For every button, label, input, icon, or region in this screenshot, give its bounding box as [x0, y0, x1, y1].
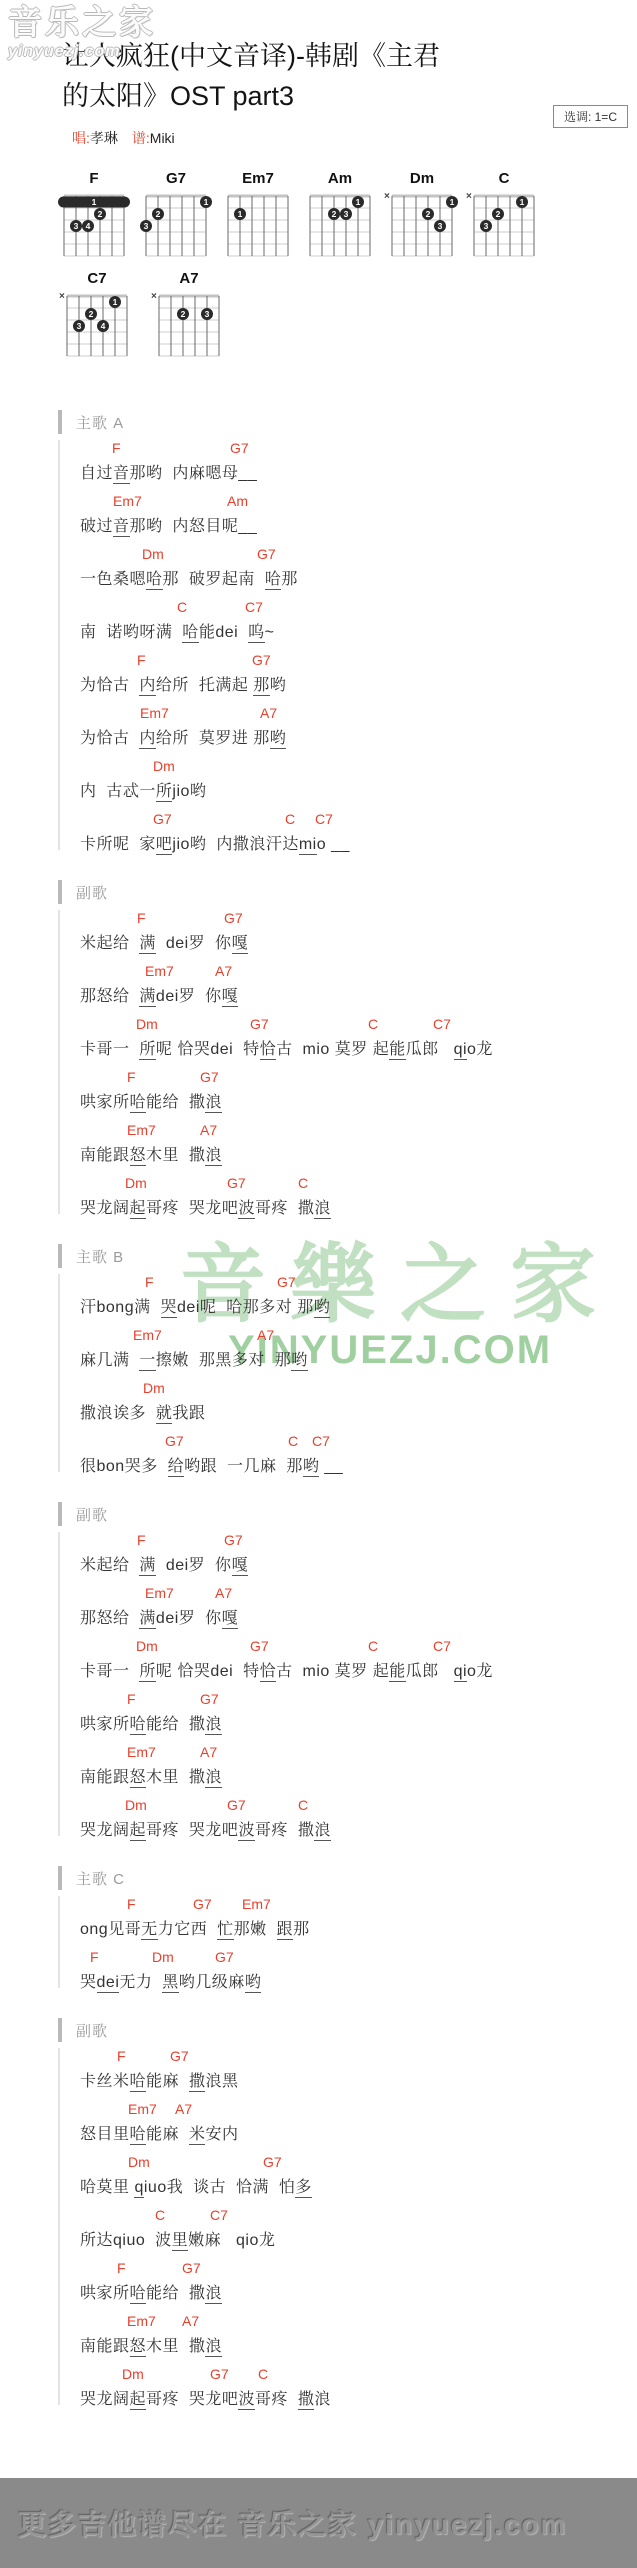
underlined-syllable: 哟 [303, 1458, 320, 1477]
chord-row: DmG7C [80, 1175, 637, 1191]
underlined-syllable: 里 [172, 2232, 189, 2251]
chord-label: C [155, 2207, 165, 2223]
chord-row: FG7 [80, 2260, 637, 2276]
chord-row: Dm [80, 1380, 637, 1396]
chord-label: F [137, 910, 146, 926]
underlined-syllable: 哈 [130, 1094, 147, 1113]
chord-grid: ×123 [384, 187, 462, 261]
site-logo-cn: 音乐之家 [8, 6, 156, 40]
chord-label: F [117, 2260, 126, 2276]
lyric-chord-pair: DmG7一色桑嗯哈那 破罗起南 哈那 [80, 546, 637, 585]
chord-label: G7 [252, 652, 271, 668]
section-body: FG7自过音那哟 内麻嗯母__Em7Am破过音那哟 内怒目呢__DmG7一色桑嗯… [58, 440, 637, 850]
chord-row: CC7 [80, 599, 637, 615]
chord-row: Em7A7 [80, 1327, 637, 1343]
chord-label: G7 [277, 1274, 296, 1290]
svg-text:2: 2 [156, 209, 161, 219]
chord-diagram-name: Am [302, 170, 378, 187]
underlined-syllable: 波 [238, 1200, 255, 1219]
chord-row: FG7 [80, 1691, 637, 1707]
chord-grid: 123 [302, 187, 380, 261]
chord-label: F [137, 1532, 146, 1548]
lyric-line: 怒目里哈能麻 米安内 [80, 2121, 637, 2140]
section-bar [58, 880, 62, 904]
chord-grid: ×1234 [59, 287, 137, 361]
svg-text:3: 3 [74, 221, 79, 231]
underlined-syllable: 哈 [146, 571, 163, 590]
lyric-chord-pair: FG7自过音那哟 内麻嗯母__ [80, 440, 637, 479]
underlined-syllable: 跟 [277, 1921, 294, 1940]
chord-label: Em7 [128, 2101, 157, 2117]
lyric-chord-pair: FG7为恰古 内给所 托满起 那哟 [80, 652, 637, 691]
chord-diagram-name: Em7 [220, 170, 296, 187]
scorer-name: Miki [150, 130, 175, 146]
underlined-syllable: 米 [189, 2126, 206, 2145]
underlined-syllable: 忙 [217, 1921, 234, 1940]
underlined-syllable: q [134, 2179, 143, 2198]
section-4: 副歌FG7米起给 满 dei罗 你嘎Em7A7那怒给 满dei罗 你嘎DmG7C… [58, 1502, 637, 1836]
chord-row: DmG7 [80, 2154, 637, 2170]
section-5: 主歌 CFG7Em7ong见哥无力它西 忙那嫩 跟那FDmG7哭dei无力 黑哟… [58, 1866, 637, 1988]
section-body: FG7卡丝米哈能麻 撒浪黑Em7A7怒目里哈能麻 米安内DmG7哈莫里 qiuo… [58, 2048, 637, 2405]
chord-label: F [145, 1274, 154, 1290]
underlined-syllable: 嘎 [222, 988, 239, 1007]
chord-label: G7 [230, 440, 249, 456]
chord-label: G7 [263, 2154, 282, 2170]
chord-label: G7 [257, 546, 276, 562]
underlined-syllable: mi [299, 836, 317, 855]
section-body: FG7汗bong满 哭dei呢 哈那多对 那哟Em7A7麻几满 一擦嫩 那黑多对… [58, 1274, 637, 1472]
chord-label: C [298, 1175, 308, 1191]
chord-grid: 1234 [56, 187, 134, 261]
chord-label: C7 [433, 1638, 451, 1654]
underlined-syllable: 哈 [130, 2126, 147, 2145]
underlined-syllable: 嘎 [222, 1610, 239, 1629]
underlined-syllable: 哈 [130, 1716, 147, 1735]
svg-text:1: 1 [92, 197, 97, 207]
chord-diagram-name: Dm [384, 170, 460, 187]
lyric-line: 哭龙阔起哥疼 哭龙吧波哥疼 撒浪 [80, 2386, 637, 2405]
chord-label: F [127, 1691, 136, 1707]
chord-label: C7 [245, 599, 263, 615]
lyric-line: 内 古忒一所jio哟 [80, 778, 637, 797]
lyric-chord-pair: Em7A7那怒给 满dei罗 你嘎 [80, 1585, 637, 1624]
lyric-line: 南能跟怒木里 撒浪 [80, 1764, 637, 1783]
lyric-line: 撒浪诶多 就我跟 [80, 1400, 637, 1419]
chord-row: Em7A7 [80, 1122, 637, 1138]
chord-label: Em7 [145, 963, 174, 979]
underlined-syllable: 撒 [189, 2073, 206, 2092]
chord-diagram-name: G7 [138, 170, 214, 187]
lyric-line: 那怒给 满dei罗 你嘎 [80, 983, 637, 1002]
underlined-syllable: qi [454, 1663, 467, 1682]
chord-diagram-C7: C7×1234 [59, 270, 135, 366]
underlined-syllable: 波 [238, 2391, 255, 2410]
section-bar [58, 2018, 62, 2042]
lyric-chord-pair: Em7A7麻几满 一擦嫩 那黑多对 那哟 [80, 1327, 637, 1366]
svg-text:3: 3 [484, 221, 489, 231]
underlined-syllable: 音 [113, 518, 130, 537]
lyric-line: 卡丝米哈能麻 撒浪黑 [80, 2068, 637, 2087]
chord-diagram-name: C [466, 170, 542, 187]
chord-label: F [127, 1069, 136, 1085]
svg-text:1: 1 [238, 209, 243, 219]
underlined-syllable: 音 [113, 465, 130, 484]
chord-label: G7 [224, 910, 243, 926]
chord-row: Em7A7 [80, 705, 637, 721]
svg-text:2: 2 [332, 209, 337, 219]
svg-text:4: 4 [86, 221, 91, 231]
chord-label: G7 [227, 1175, 246, 1191]
lyric-chord-pair: DmG7C哭龙阔起哥疼 哭龙吧波哥疼 撒浪 [80, 1175, 637, 1214]
underlined-syllable: 恰 [260, 1663, 277, 1682]
chord-label: F [137, 652, 146, 668]
svg-text:1: 1 [356, 197, 361, 207]
chord-label: Em7 [145, 1585, 174, 1601]
chord-label: Am [227, 493, 248, 509]
sections: 主歌 AFG7自过音那哟 内麻嗯母__Em7Am破过音那哟 内怒目呢__DmG7… [58, 410, 637, 2405]
lyric-line: 哭龙阔起哥疼 哭龙吧波哥疼 撒浪 [80, 1817, 637, 1836]
lyric-chord-pair: Dm内 古忒一所jio哟 [80, 758, 637, 797]
lyric-line: 哭龙阔起哥疼 哭龙吧波哥疼 撒浪 [80, 1195, 637, 1214]
underlined-syllable: 怒 [130, 2338, 147, 2357]
underlined-syllable: 一 [139, 1352, 156, 1371]
underlined-syllable: 给 [168, 1458, 185, 1477]
chord-label: C [298, 1797, 308, 1813]
underlined-syllable: qi [454, 1041, 467, 1060]
chord-label: G7 [250, 1016, 269, 1032]
underlined-syllable: 浪 [205, 1147, 222, 1166]
section-heading: 副歌 [58, 1502, 637, 1526]
chord-label: Dm [125, 1797, 147, 1813]
sing-label: 唱: [72, 130, 90, 146]
underlined-syllable: 嘎 [232, 935, 249, 954]
lyric-chord-pair: DmG7C哭龙阔起哥疼 哭龙吧波哥疼 撒浪 [80, 2366, 637, 2405]
underlined-syllable: 哭 [161, 1299, 178, 1318]
underlined-syllable: 哟 [291, 1352, 308, 1371]
svg-text:2: 2 [426, 209, 431, 219]
lyric-line: 麻几满 一擦嫩 那黑多对 那哟 [80, 1347, 637, 1366]
chord-label: Dm [153, 758, 175, 774]
lyric-chord-pair: DmG7CC7卡哥一 所呢 恰哭dei 特恰古 mio 莫罗 起能瓜郎 qio龙 [80, 1016, 637, 1055]
section-title: 副歌 [76, 882, 108, 903]
svg-text:3: 3 [77, 321, 82, 331]
section-heading: 副歌 [58, 2018, 637, 2042]
chord-label: C [368, 1016, 378, 1032]
chord-row: FG7 [80, 1532, 637, 1548]
underlined-syllable: 起 [130, 1822, 147, 1841]
chord-row: FG7 [80, 1274, 637, 1290]
svg-text:3: 3 [144, 221, 149, 231]
chord-label: Dm [152, 1949, 174, 1965]
underlined-syllable: 多 [295, 2179, 312, 2198]
chord-row: CC7 [80, 2207, 637, 2223]
chord-row: FG7Em7 [80, 1896, 637, 1912]
lyric-line: 很bon哭多 给哟跟 一几麻 那哟 __ [80, 1453, 637, 1472]
lyric-chord-pair: Em7A7那怒给 满dei罗 你嘎 [80, 963, 637, 1002]
section-bar [58, 1866, 62, 1890]
chord-label: F [117, 2048, 126, 2064]
underlined-syllable: 满 [139, 988, 156, 1007]
chord-label: C [285, 811, 295, 827]
section-bar [58, 1244, 62, 1268]
lyric-chord-pair: CC7南 诺哟呀满 哈能dei 呜~ [80, 599, 637, 638]
chord-grid: ×23 [151, 287, 229, 361]
underlined-syllable: 恰 [260, 1041, 277, 1060]
chord-row: Em7A7 [80, 1744, 637, 1760]
chord-label: A7 [215, 1585, 232, 1601]
chord-label: F [127, 1896, 136, 1912]
chord-label: G7 [182, 2260, 201, 2276]
chord-diagrams-row1: F1234G7123Em71Am123Dm×123C×123 [56, 170, 637, 266]
chord-row: DmG7C [80, 1797, 637, 1813]
chord-row: DmG7CC7 [80, 1016, 637, 1032]
chord-label: G7 [227, 1797, 246, 1813]
chord-label: G7 [200, 1069, 219, 1085]
singer-name: 孝琳 [90, 130, 118, 146]
chord-diagrams-row2: C7×1234A7×23 [59, 270, 637, 366]
chord-diagram-Am: Am123 [302, 170, 378, 266]
section-bar [58, 1502, 62, 1526]
lyric-line: 卡哥一 所呢 恰哭dei 特恰古 mio 莫罗 起能瓜郎 qio龙 [80, 1036, 637, 1055]
lyric-chord-pair: DmG7CC7卡哥一 所呢 恰哭dei 特恰古 mio 莫罗 起能瓜郎 qio龙 [80, 1638, 637, 1677]
chord-row: DmG7C [80, 2366, 637, 2382]
chord-row: Em7A7 [80, 2313, 637, 2329]
lyric-line: 米起给 满 dei罗 你嘎 [80, 1552, 637, 1571]
section-body: FG7米起给 满 dei罗 你嘎Em7A7那怒给 满dei罗 你嘎DmG7CC7… [58, 910, 637, 1214]
chord-row: DmG7 [80, 546, 637, 562]
lyric-chord-pair: FG7哄家所哈能给 撒浪 [80, 1069, 637, 1108]
lyric-chord-pair: G7CC7很bon哭多 给哟跟 一几麻 那哟 __ [80, 1433, 637, 1472]
lyric-line: 所达qiuo 波里嫩麻 qio龙 [80, 2227, 637, 2246]
site-logo: 音乐之家 yinyuezj.com [8, 6, 156, 60]
svg-text:2: 2 [89, 309, 94, 319]
lyric-line: 哭dei无力 黑哟几级麻哟 [80, 1969, 637, 1988]
lyric-chord-pair: Em7A7南能跟怒木里 撒浪 [80, 1744, 637, 1783]
section-heading: 主歌 C [58, 1866, 637, 1890]
underlined-syllable: 浪 [205, 1094, 222, 1113]
underlined-syllable: 满 [139, 1610, 156, 1629]
chord-row: G7CC7 [80, 811, 637, 827]
chord-label: A7 [257, 1327, 274, 1343]
chord-label: C7 [210, 2207, 228, 2223]
chord-label: G7 [170, 2048, 189, 2064]
lyric-line: 南能跟怒木里 撒浪 [80, 1142, 637, 1161]
chord-label: A7 [182, 2313, 199, 2329]
svg-text:1: 1 [113, 297, 118, 307]
lyric-line: 哄家所哈能给 撒浪 [80, 1089, 637, 1108]
chord-row: FG7 [80, 652, 637, 668]
underlined-syllable: 嘎 [232, 1557, 249, 1576]
chord-label: A7 [200, 1122, 217, 1138]
lyric-chord-pair: FG7米起给 满 dei罗 你嘎 [80, 910, 637, 949]
underlined-syllable: dei [97, 1974, 120, 1993]
chord-grid: ×123 [466, 187, 544, 261]
underlined-syllable: 浪 [205, 2285, 222, 2304]
underlined-syllable: 内 [139, 730, 156, 749]
chord-label: Dm [125, 1175, 147, 1191]
section-heading: 主歌 A [58, 410, 637, 434]
chord-label: C [368, 1638, 378, 1654]
section-title: 副歌 [76, 2020, 108, 2041]
chord-label: F [90, 1949, 99, 1965]
section-2: 副歌FG7米起给 满 dei罗 你嘎Em7A7那怒给 满dei罗 你嘎DmG7C… [58, 880, 637, 1214]
underlined-syllable: 起 [130, 2391, 147, 2410]
chord-label: Dm [142, 546, 164, 562]
muted-string-mark: × [151, 291, 157, 302]
lyric-line: 哄家所哈能给 撒浪 [80, 1711, 637, 1730]
section-body: FG7米起给 满 dei罗 你嘎Em7A7那怒给 满dei罗 你嘎DmG7CC7… [58, 1532, 637, 1836]
underlined-syllable: 哟 [245, 1974, 262, 1993]
lyric-chord-pair: FG7哄家所哈能给 撒浪 [80, 1691, 637, 1730]
section-1: 主歌 AFG7自过音那哟 内麻嗯母__Em7Am破过音那哟 内怒目呢__DmG7… [58, 410, 637, 850]
chord-row: DmG7CC7 [80, 1638, 637, 1654]
chord-label: G7 [153, 811, 172, 827]
chord-label: Em7 [113, 493, 142, 509]
svg-text:1: 1 [450, 197, 455, 207]
lyric-line: 一色桑嗯哈那 破罗起南 哈那 [80, 566, 637, 585]
chord-row: FG7 [80, 2048, 637, 2064]
lyric-chord-pair: DmG7C哭龙阔起哥疼 哭龙吧波哥疼 撒浪 [80, 1797, 637, 1836]
chord-label: G7 [193, 1896, 212, 1912]
lyric-line: 南 诺哟呀满 哈能dei 呜~ [80, 619, 637, 638]
lyric-chord-pair: G7CC7卡所呢 家吧jio哟 内撒浪汗达mio __ [80, 811, 637, 850]
chord-row: Em7Am [80, 493, 637, 509]
chord-label: C7 [433, 1016, 451, 1032]
chord-row: FDmG7 [80, 1949, 637, 1965]
chord-row: Em7A7 [80, 963, 637, 979]
chord-row: FG7 [80, 1069, 637, 1085]
lyric-line: 哄家所哈能给 撒浪 [80, 2280, 637, 2299]
chord-label: G7 [200, 1691, 219, 1707]
chord-label: Em7 [127, 1744, 156, 1760]
credits: 唱:孝琳谱:Miki [72, 128, 637, 148]
chord-row: G7CC7 [80, 1433, 637, 1449]
underlined-syllable: 哈 [130, 2285, 147, 2304]
svg-text:1: 1 [204, 197, 209, 207]
section-title: 主歌 B [76, 1246, 124, 1267]
underlined-syllable: 满 [139, 935, 156, 954]
lyric-chord-pair: Em7A7怒目里哈能麻 米安内 [80, 2101, 637, 2140]
chord-label: Dm [136, 1638, 158, 1654]
lyric-chord-pair: Dm撒浪诶多 就我跟 [80, 1380, 637, 1419]
chord-label: A7 [175, 2101, 192, 2117]
chord-label: G7 [224, 1532, 243, 1548]
chord-row: Dm [80, 758, 637, 774]
underlined-syllable: 怒 [130, 1147, 147, 1166]
svg-text:1: 1 [520, 197, 525, 207]
lyric-line: 卡所呢 家吧jio哟 内撒浪汗达mio __ [80, 831, 637, 850]
underlined-syllable: 呜 [248, 624, 265, 643]
lyric-chord-pair: Em7A7为恰古 内给所 莫罗进 那哟 [80, 705, 637, 744]
chord-label: Em7 [127, 1122, 156, 1138]
lyric-chord-pair: Em7Am破过音那哟 内怒目呢__ [80, 493, 637, 532]
underlined-syllable: 浪 [205, 1769, 222, 1788]
underlined-syllable: 黑 [162, 1974, 179, 1993]
chord-diagram-A7: A7×23 [151, 270, 227, 366]
lyric-line: 卡哥一 所呢 恰哭dei 特恰古 mio 莫罗 起能瓜郎 qio龙 [80, 1658, 637, 1677]
chord-row: FG7 [80, 910, 637, 926]
underlined-syllable: 浪 [205, 2338, 222, 2357]
svg-text:3: 3 [205, 309, 210, 319]
underlined-syllable: 哈 [182, 624, 199, 643]
lyric-chord-pair: FG7米起给 满 dei罗 你嘎 [80, 1532, 637, 1571]
lyric-line: 汗bong满 哭dei呢 哈那多对 那哟 [80, 1294, 637, 1313]
lyric-line: 破过音那哟 内怒目呢__ [80, 513, 637, 532]
underlined-syllable: 哟 [270, 730, 287, 749]
lyric-chord-pair: FG7哄家所哈能给 撒浪 [80, 2260, 637, 2299]
chord-label: C7 [312, 1433, 330, 1449]
section-body: FG7Em7ong见哥无力它西 忙那嫩 跟那FDmG7哭dei无力 黑哟几级麻哟 [58, 1896, 637, 1988]
lyric-line: ong见哥无力它西 忙那嫩 跟那 [80, 1916, 637, 1935]
chord-label: Dm [122, 2366, 144, 2382]
chord-label: C7 [315, 811, 333, 827]
chord-row: FG7 [80, 440, 637, 456]
chord-label: Em7 [133, 1327, 162, 1343]
underlined-syllable: 无 [141, 1921, 158, 1940]
muted-string-mark: × [59, 291, 65, 302]
chord-diagram-Em7: Em71 [220, 170, 296, 266]
underlined-syllable: 起 [130, 1200, 147, 1219]
chord-grid: 1 [220, 187, 298, 261]
lyric-chord-pair: FG7卡丝米哈能麻 撒浪黑 [80, 2048, 637, 2087]
chord-label: G7 [215, 1949, 234, 1965]
key-select[interactable]: 选调: 1=C [553, 105, 628, 128]
chord-diagram-F: F1234 [56, 170, 132, 266]
lyric-chord-pair: FDmG7哭dei无力 黑哟几级麻哟 [80, 1949, 637, 1988]
underlined-syllable: 哈 [130, 2073, 147, 2092]
chord-label: Em7 [140, 705, 169, 721]
chord-label: G7 [165, 1433, 184, 1449]
section-bar [58, 410, 62, 434]
lyric-line: 南能跟怒木里 撒浪 [80, 2333, 637, 2352]
underlined-syllable: 浪 [205, 1716, 222, 1735]
underlined-syllable: 浪 [314, 1200, 331, 1219]
lyric-chord-pair: FG7汗bong满 哭dei呢 哈那多对 那哟 [80, 1274, 637, 1313]
lyric-chord-pair: Em7A7南能跟怒木里 撒浪 [80, 1122, 637, 1161]
lyric-chord-pair: Em7A7南能跟怒木里 撒浪 [80, 2313, 637, 2352]
chord-label: Dm [143, 1380, 165, 1396]
lyric-line: 为恰古 内给所 托满起 那哟 [80, 672, 637, 691]
underlined-syllable: 所 [139, 1663, 156, 1682]
lyric-line: 那怒给 满dei罗 你嘎 [80, 1605, 637, 1624]
chord-label: Dm [136, 1016, 158, 1032]
underlined-syllable: 能 [389, 1041, 406, 1060]
lyric-line: 为恰古 内给所 莫罗进 那哟 [80, 725, 637, 744]
chord-label: Em7 [242, 1896, 271, 1912]
lyric-line: 米起给 满 dei罗 你嘎 [80, 930, 637, 949]
site-logo-domain: yinyuezj.com [8, 44, 156, 60]
svg-text:2: 2 [496, 209, 501, 219]
underlined-syllable: 浪 [314, 1822, 331, 1841]
footer-text: 更多吉他谱尽在 音乐之家 yinyuezj.com [18, 2503, 567, 2543]
chord-label: A7 [200, 1744, 217, 1760]
chord-diagram-name: A7 [151, 270, 227, 287]
chord-label: C [288, 1433, 298, 1449]
page: 音乐之家 yinyuezj.com 让人疯狂(中文音译)-韩剧《主君的太阳》OS… [0, 0, 637, 2568]
chord-label: G7 [250, 1638, 269, 1654]
underlined-syllable: 哈 [265, 571, 282, 590]
section-3: 主歌 BFG7汗bong满 哭dei呢 哈那多对 那哟Em7A7麻几满 一擦嫩 … [58, 1244, 637, 1472]
lyric-line: 哈莫里 qiuo我 谈古 恰满 怕多 [80, 2174, 637, 2193]
svg-text:3: 3 [438, 221, 443, 231]
chord-diagram-name: F [56, 170, 132, 187]
section-6: 副歌FG7卡丝米哈能麻 撒浪黑Em7A7怒目里哈能麻 米安内DmG7哈莫里 qi… [58, 2018, 637, 2405]
underlined-syllable: 内 [139, 677, 156, 696]
chord-label: C [258, 2366, 268, 2382]
chord-diagram-Dm: Dm×123 [384, 170, 460, 266]
chord-label: Dm [128, 2154, 150, 2170]
